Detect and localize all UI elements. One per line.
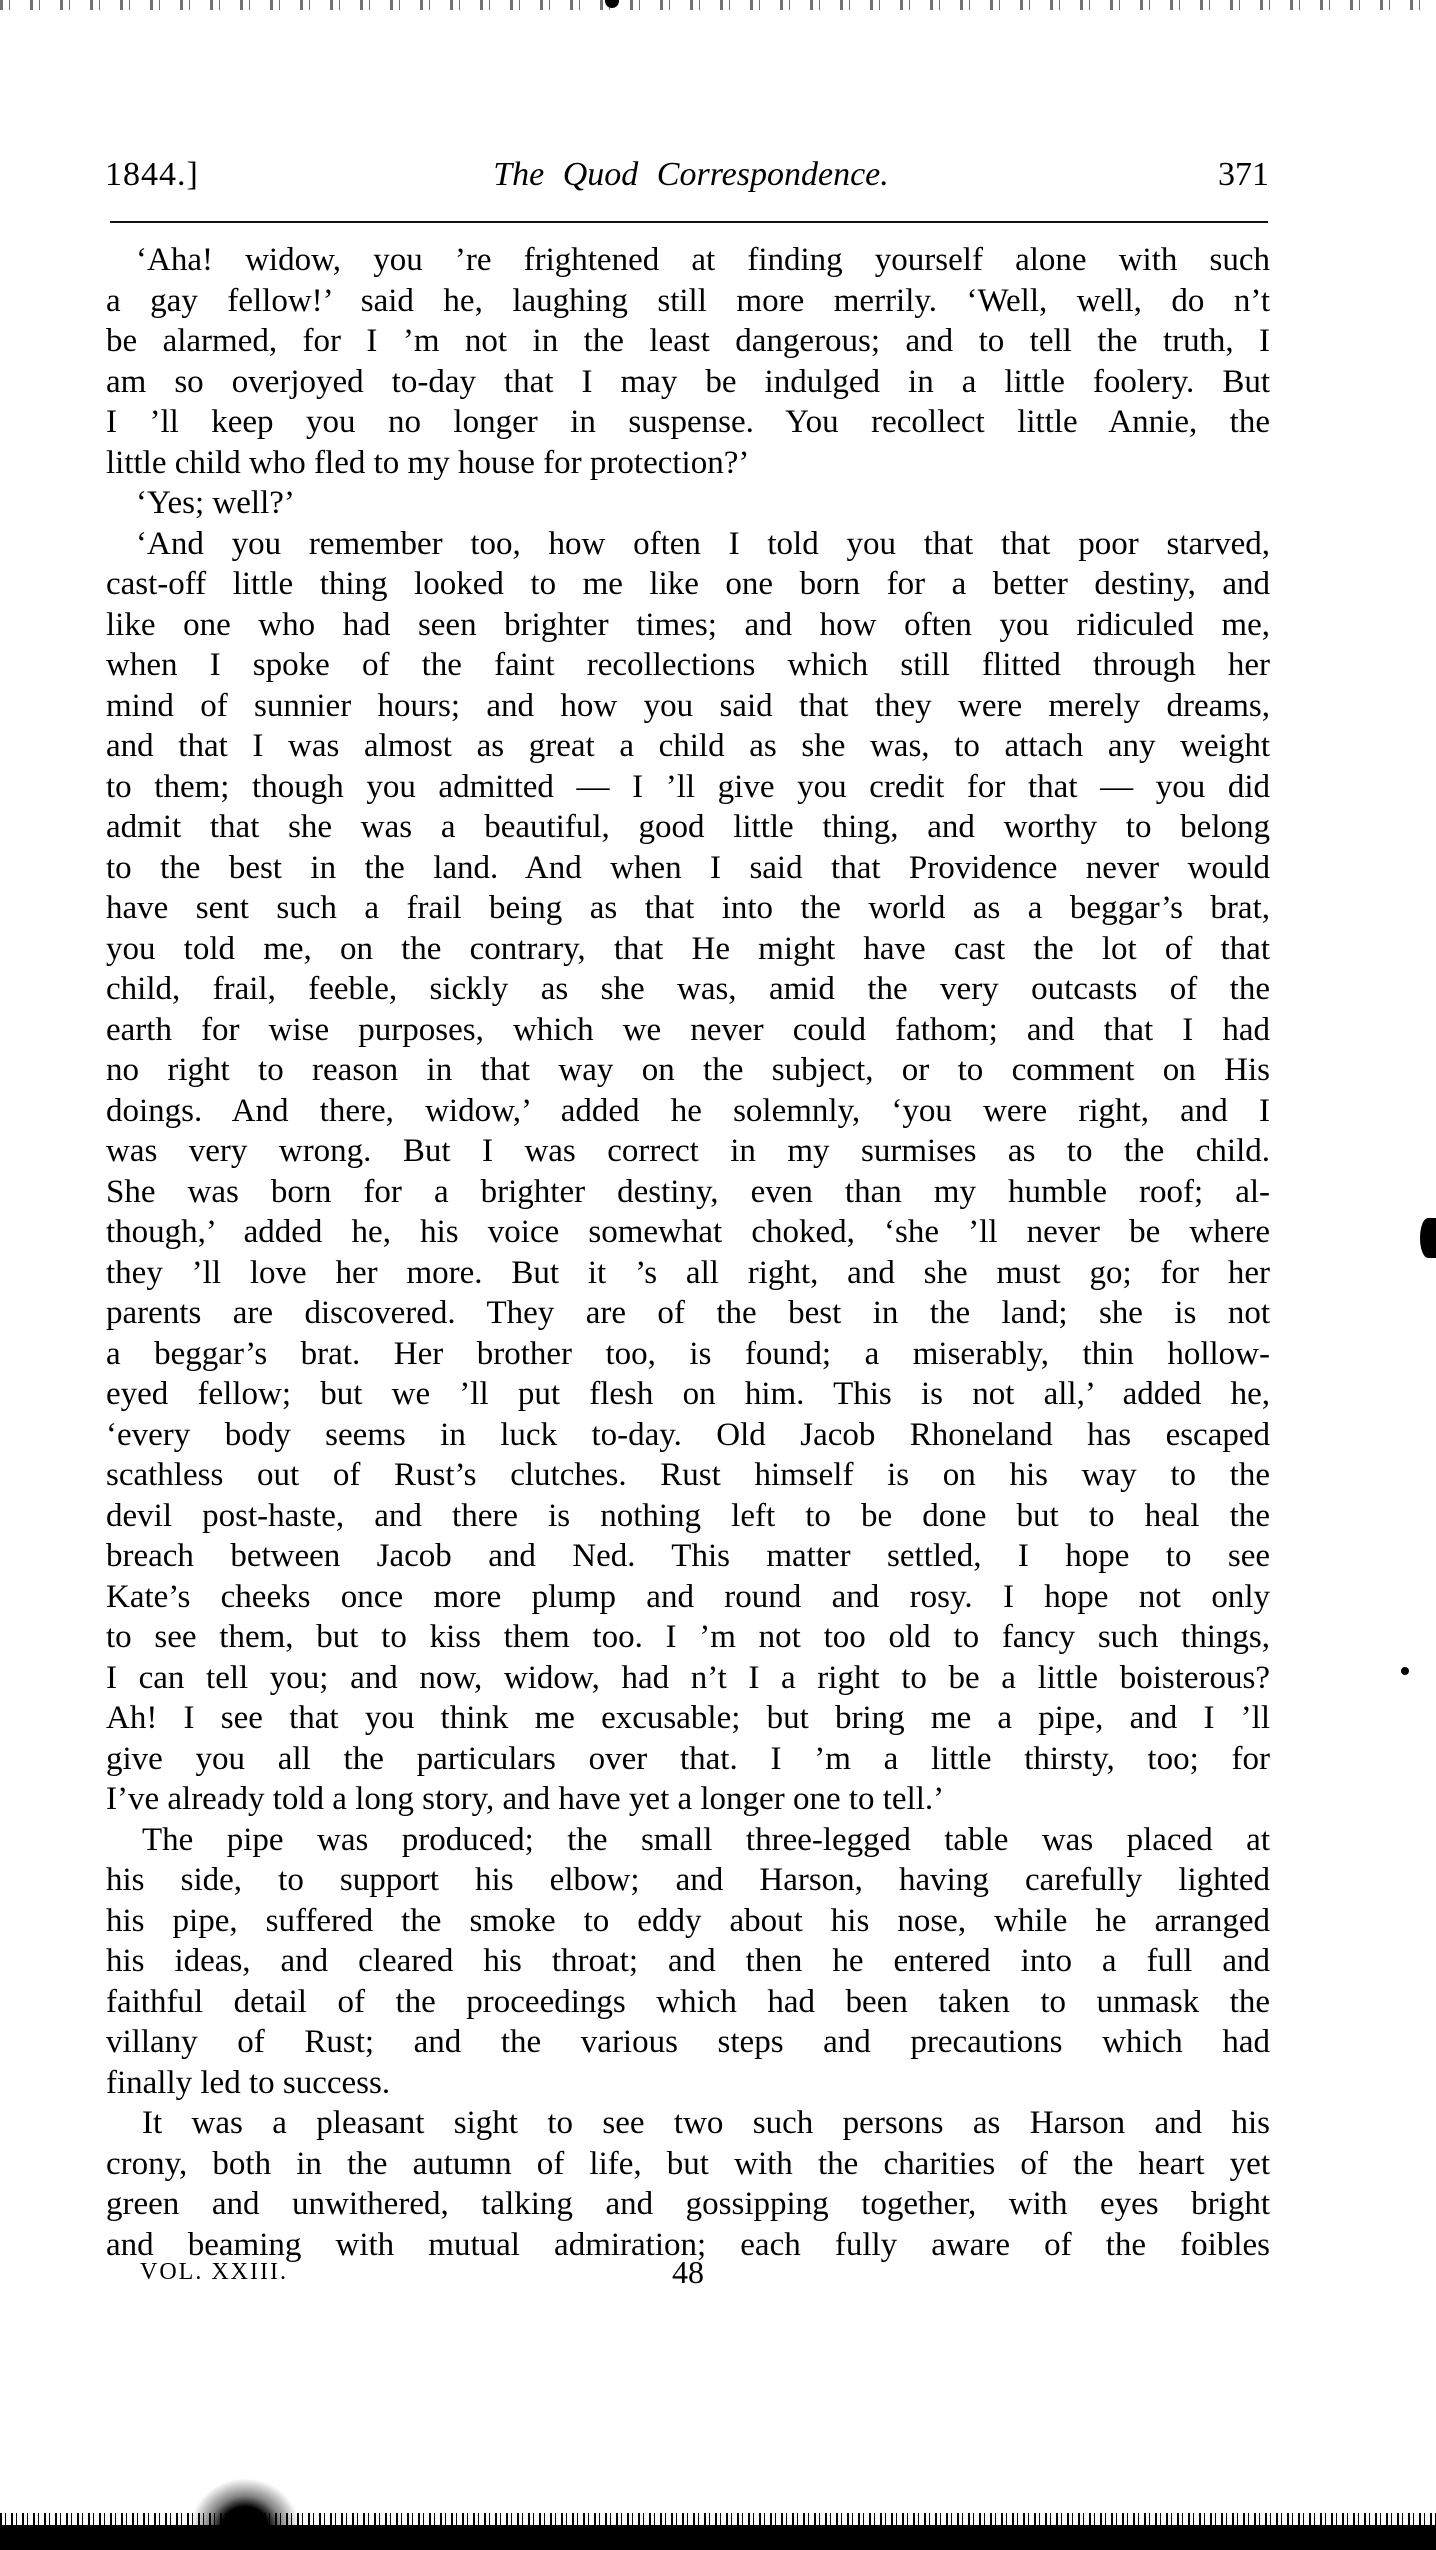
body-text: ‘Aha! widow, you ’re frightened at findi… (106, 240, 1270, 2265)
text-line: when I spoke of the faint recollections … (106, 645, 1270, 686)
text-line: cast-off little thing looked to me like … (106, 564, 1270, 605)
scan-margin-dot (1401, 1667, 1409, 1675)
text-line: I’ve already told a long story, and have… (106, 1779, 1270, 1820)
scan-top-edge-noise (0, 0, 1436, 10)
text-line: am so overjoyed to-day that I may be ind… (106, 362, 1270, 403)
text-line: admit that she was a beautiful, good lit… (106, 807, 1270, 848)
text-line: breach between Jacob and Ned. This matte… (106, 1536, 1270, 1577)
text-line: finally led to success. (106, 2063, 1270, 2104)
text-line: give you all the particulars over that. … (106, 1739, 1270, 1780)
text-line: scathless out of Rust’s clutches. Rust h… (106, 1455, 1270, 1496)
scan-margin-blot (1420, 1218, 1436, 1258)
text-line: his ideas, and cleared his throat; and t… (106, 1941, 1270, 1982)
text-line: mind of sunnier hours; and how you said … (106, 686, 1270, 727)
text-line: parents are discovered. They are of the … (106, 1293, 1270, 1334)
text-line: like one who had seen brighter times; an… (106, 605, 1270, 646)
text-line: ‘Yes; well?’ (106, 483, 1270, 524)
header-page-number: 371 (1218, 155, 1269, 195)
text-line: green and unwithered, talking and gossip… (106, 2184, 1270, 2225)
text-line: faithful detail of the proceedings which… (106, 1982, 1270, 2023)
text-line: earth for wise purposes, which we never … (106, 1010, 1270, 1051)
text-line: The pipe was produced; the small three-l… (106, 1820, 1270, 1861)
text-line: no right to reason in that way on the su… (106, 1050, 1270, 1091)
text-line: child, frail, feeble, sickly as she was,… (106, 969, 1270, 1010)
page-footer: VOL. XXIII. 48 (140, 2252, 840, 2292)
text-line: you told me, on the contrary, that He mi… (106, 929, 1270, 970)
text-line: ‘And you remember too, how often I told … (106, 524, 1270, 565)
text-line: be alarmed, for I ’m not in the least da… (106, 321, 1270, 362)
text-line: devil post-haste, and there is nothing l… (106, 1496, 1270, 1537)
text-line: little child who fled to my house for pr… (106, 443, 1270, 484)
text-line: Ah! I see that you think me excusable; b… (106, 1698, 1270, 1739)
text-line: they ’ll love her more. But it ’s all ri… (106, 1253, 1270, 1294)
text-line: villany of Rust; and the various steps a… (106, 2022, 1270, 2063)
text-line: ‘every body seems in luck to-day. Old Ja… (106, 1415, 1270, 1456)
text-line: to the best in the land. And when I said… (106, 848, 1270, 889)
text-line: I can tell you; and now, widow, had n’t … (106, 1658, 1270, 1699)
text-line: to them; though you admitted — I ’ll giv… (106, 767, 1270, 808)
text-line: a beggar’s brat. Her brother too, is fou… (106, 1334, 1270, 1375)
text-line: though,’ added he, his voice somewhat ch… (106, 1212, 1270, 1253)
text-line: She was born for a brighter destiny, eve… (106, 1172, 1270, 1213)
text-line: Kate’s cheeks once more plump and round … (106, 1577, 1270, 1618)
text-line: It was a pleasant sight to see two such … (106, 2103, 1270, 2144)
footer-volume: VOL. XXIII. (140, 2252, 288, 2292)
text-line: a gay fellow!’ said he, laughing still m… (106, 281, 1270, 322)
header-rule (110, 221, 1268, 223)
text-line: have sent such a frail being as that int… (106, 888, 1270, 929)
text-line: to see them, but to kiss them too. I ’m … (106, 1617, 1270, 1658)
scan-bottom-edge (0, 2525, 1436, 2550)
running-header: 1844.] The Quod Correspondence. 371 (105, 155, 1269, 195)
text-line: I ’ll keep you no longer in suspense. Yo… (106, 402, 1270, 443)
text-line: ‘Aha! widow, you ’re frightened at findi… (106, 240, 1270, 281)
text-line: crony, both in the autumn of life, but w… (106, 2144, 1270, 2185)
text-line: doings. And there, widow,’ added he sole… (106, 1091, 1270, 1132)
text-line: was very wrong. But I was correct in my … (106, 1131, 1270, 1172)
text-line: his pipe, suffered the smoke to eddy abo… (106, 1901, 1270, 1942)
text-line: and that I was almost as great a child a… (106, 726, 1270, 767)
text-line: eyed fellow; but we ’ll put flesh on him… (106, 1374, 1270, 1415)
footer-signature-number: 48 (672, 2252, 704, 2292)
text-line: his side, to support his elbow; and Hars… (106, 1860, 1270, 1901)
header-running-title: The Quod Correspondence. (105, 155, 1269, 195)
